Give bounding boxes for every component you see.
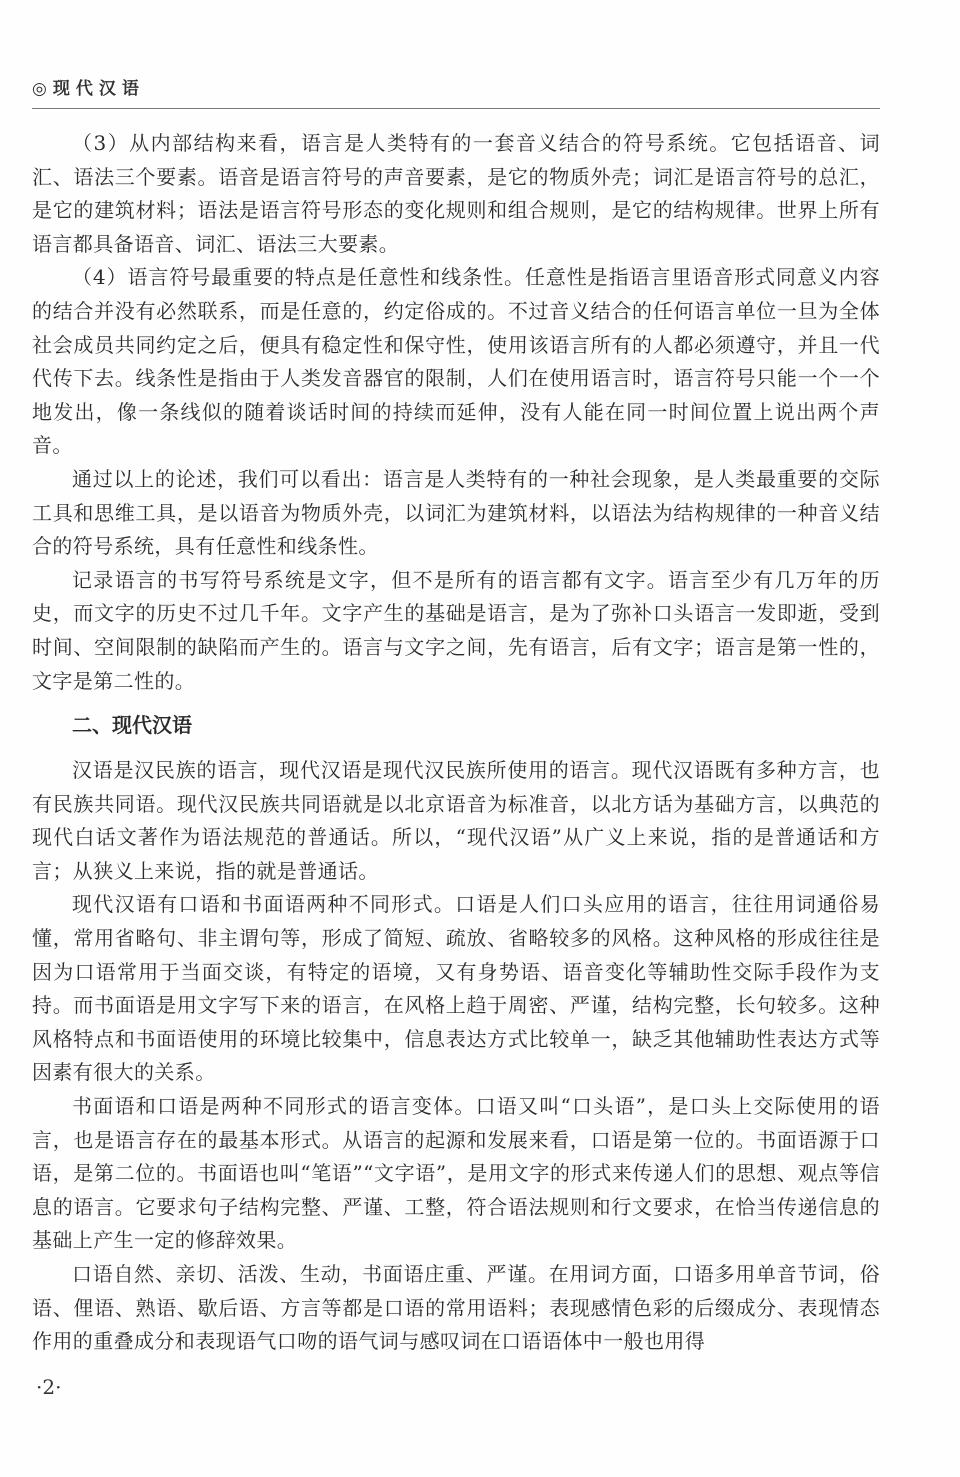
body-text: （3）从内部结构来看，语言是人类特有的一套音义结合的符号系统。它包括语音、词汇、… xyxy=(32,127,880,1359)
paragraph-style-comparison: 口语自然、亲切、活泼、生动，书面语庄重、严谨。在用词方面，口语多用单音节词，俗语… xyxy=(32,1258,880,1359)
paragraph-summary: 通过以上的论述，我们可以看出：语言是人类特有的一种社会现象，是人类最重要的交际工… xyxy=(32,463,880,564)
header-rule-divider xyxy=(32,108,880,109)
page-number: ·2· xyxy=(36,1375,61,1399)
paragraph-point-3: （3）从内部结构来看，语言是人类特有的一套音义结合的符号系统。它包括语音、词汇、… xyxy=(32,127,880,261)
section-heading: 二、现代汉语 xyxy=(32,708,880,742)
running-header: ◎现代汉语 xyxy=(32,74,145,99)
paragraph-definition: 汉语是汉民族的语言，现代汉语是现代汉民族所使用的语言。现代汉语既有多种方言，也有… xyxy=(32,754,880,888)
paragraph-language-variants: 书面语和口语是两种不同形式的语言变体。口语又叫“口头语”，是口头上交际使用的语言… xyxy=(32,1090,880,1258)
paragraph-spoken-written-forms: 现代汉语有口语和书面语两种不同形式。口语是人们口头应用的语言，往往用词通俗易懂，… xyxy=(32,888,880,1090)
paragraph-point-4: （4）语言符号最重要的特点是任意性和线条性。任意性是指语言里语音形式同意义内容的… xyxy=(32,261,880,463)
paragraph-writing-system: 记录语言的书写符号系统是文字，但不是所有的语言都有文字。语言至少有几万年的历史，… xyxy=(32,564,880,698)
book-page: ◎现代汉语 （3）从内部结构来看，语言是人类特有的一套音义结合的符号系统。它包括… xyxy=(0,0,960,1477)
